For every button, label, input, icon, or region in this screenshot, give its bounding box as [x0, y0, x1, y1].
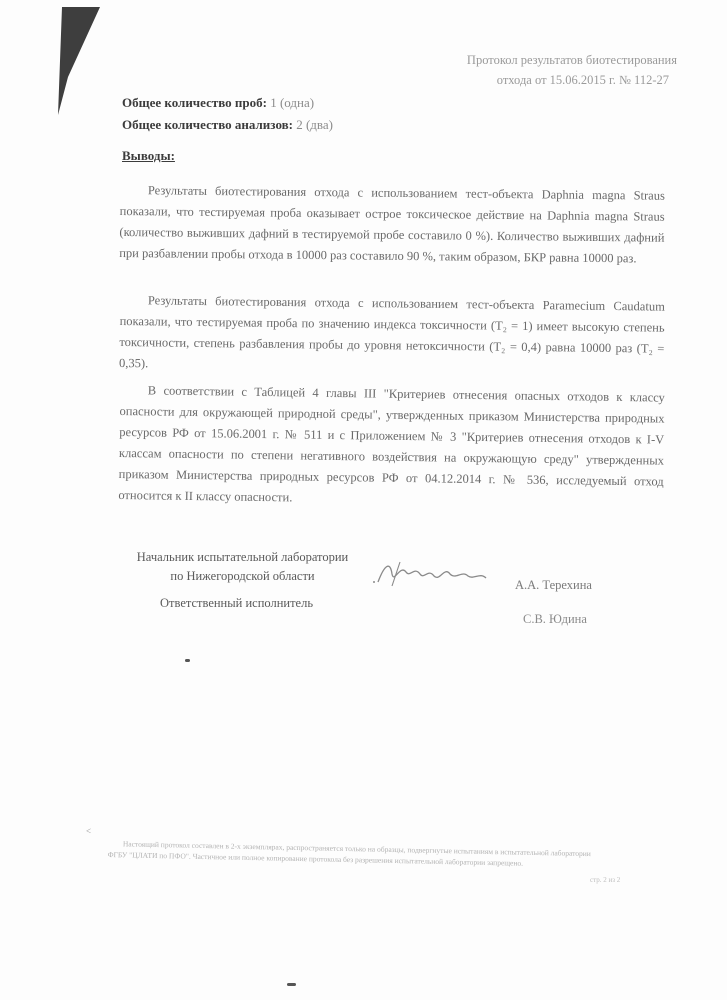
- scan-corner-fold: [55, 5, 100, 115]
- paragraph-text: Результаты биотестирования отхода с испо…: [119, 290, 665, 381]
- conclusion-paragraph-paramecium: Результаты биотестирования отхода с испо…: [119, 290, 665, 381]
- conclusion-paragraph-daphnia: Результаты биотестирования отхода с испо…: [119, 180, 665, 270]
- lab-head-name: А.А. Терехина: [515, 578, 592, 593]
- analyses-label: Общее количество анализов:: [122, 117, 293, 132]
- header-line-2: отхода от 15.06.2015 г. № 112-27: [377, 70, 677, 90]
- header-line-1: Протокол результатов биотестирования: [377, 50, 677, 70]
- scan-speck: [287, 983, 296, 986]
- samples-label: Общее количество проб:: [122, 95, 267, 110]
- analyses-value: 2 (два): [296, 117, 333, 132]
- executor-name: С.В. Юдина: [523, 612, 587, 627]
- scan-speck: [185, 659, 190, 662]
- lab-head-title-line-2: по Нижегородской области: [125, 567, 360, 586]
- lab-head-title-line-1: Начальник испытательной лаборатории: [125, 548, 360, 567]
- handwritten-signature: [370, 552, 510, 592]
- lab-head-title: Начальник испытательной лаборатории по Н…: [125, 548, 360, 586]
- page-number: стр. 2 из 2: [590, 876, 620, 884]
- margin-mark: <: [86, 826, 91, 836]
- executor-title: Ответственный исполнитель: [160, 596, 313, 611]
- conclusion-paragraph-hazard-class: В соответствии с Таблицей 4 главы III "К…: [118, 380, 665, 514]
- footer-note: Настоящий протокол составлен в 2-х экзем…: [108, 838, 618, 871]
- conclusions-title: Выводы:: [122, 148, 175, 164]
- protocol-header: Протокол результатов биотестирования отх…: [377, 50, 677, 90]
- paragraph-text: Результаты биотестирования отхода с испо…: [119, 180, 665, 270]
- samples-count: Общее количество проб: 1 (одна): [122, 92, 333, 114]
- samples-value: 1 (одна): [270, 95, 314, 110]
- analyses-count: Общее количество анализов: 2 (два): [122, 114, 333, 136]
- summary-block: Общее количество проб: 1 (одна) Общее ко…: [122, 92, 333, 136]
- paragraph-text: В соответствии с Таблицей 4 главы III "К…: [118, 380, 665, 514]
